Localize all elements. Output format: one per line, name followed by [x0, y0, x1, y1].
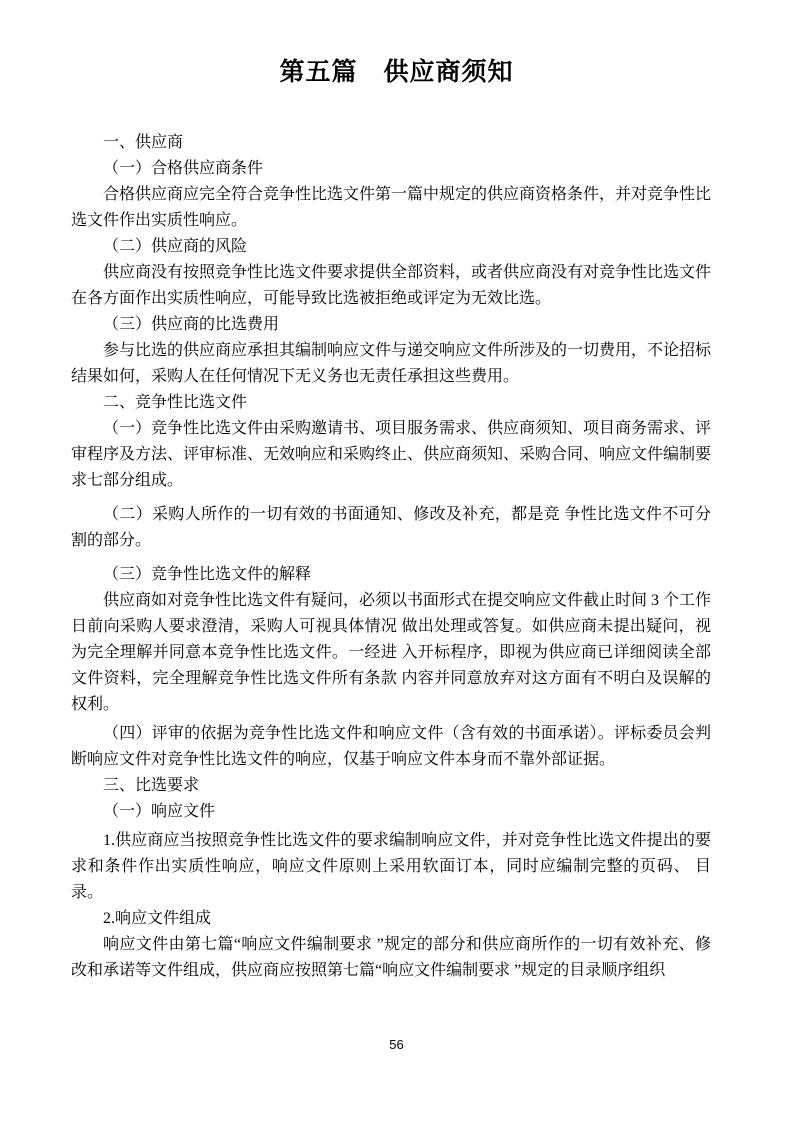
section-heading: 二、竞争性比选文件: [71, 390, 711, 416]
paragraph: 参与比选的供应商应承担其编制响应文件与递交响应文件所涉及的一切费用，不论招标结果…: [71, 338, 711, 390]
paragraph: 供应商如对竞争性比选文件有疑问，必须以书面形式在提交响应文件截止时间 3 个工作…: [71, 588, 711, 718]
paragraph: （四）评审的依据为竞争性比选文件和响应文件（含有效的书面承诺）。评标委员会判断响…: [71, 721, 711, 773]
subsection-heading: （一）合格供应商条件: [71, 156, 711, 182]
section-heading: 三、比选要求: [71, 773, 711, 799]
page-title: 第五篇 供应商须知: [0, 55, 793, 89]
paragraph: 响应文件由第七篇“响应文件编制要求 ”规定的部分和供应商所作的一切有效补充、修改…: [71, 932, 711, 984]
section-heading: 一、供应商: [71, 130, 711, 156]
paragraph: 合格供应商应完全符合竞争性比选文件第一篇中规定的供应商资格条件，并对竞争性比选文…: [71, 182, 711, 234]
paragraph: （二）采购人所作的一切有效的书面通知、修改及补充，都是竞 争性比选文件不可分割的…: [71, 502, 711, 554]
subsection-heading: （一）响应文件: [71, 799, 711, 825]
paragraph: （一）竞争性比选文件由采购邀请书、项目服务需求、供应商须知、项目商务需求、评审程…: [71, 416, 711, 494]
subsection-heading: （三）供应商的比选费用: [71, 312, 711, 338]
subsection-heading: （二）供应商的风险: [71, 234, 711, 260]
page-number: 56: [389, 1037, 403, 1052]
paragraph: 1.供应商应当按照竞争性比选文件的要求编制响应文件，并对竞争性比选文件提出的要求…: [71, 828, 711, 906]
subsection-heading: （三）竞争性比选文件的解释: [71, 562, 711, 588]
page-footer: 56: [0, 1037, 793, 1053]
paragraph: 供应商没有按照竞争性比选文件要求提供全部资料，或者供应商没有对竞争性比选文件在各…: [71, 260, 711, 312]
subsection-heading: 2.响应文件组成: [71, 906, 711, 932]
document-page: 第五篇 供应商须知 一、供应商 （一）合格供应商条件 合格供应商应完全符合竞争性…: [0, 0, 793, 1122]
document-body: 一、供应商 （一）合格供应商条件 合格供应商应完全符合竞争性比选文件第一篇中规定…: [71, 130, 711, 984]
